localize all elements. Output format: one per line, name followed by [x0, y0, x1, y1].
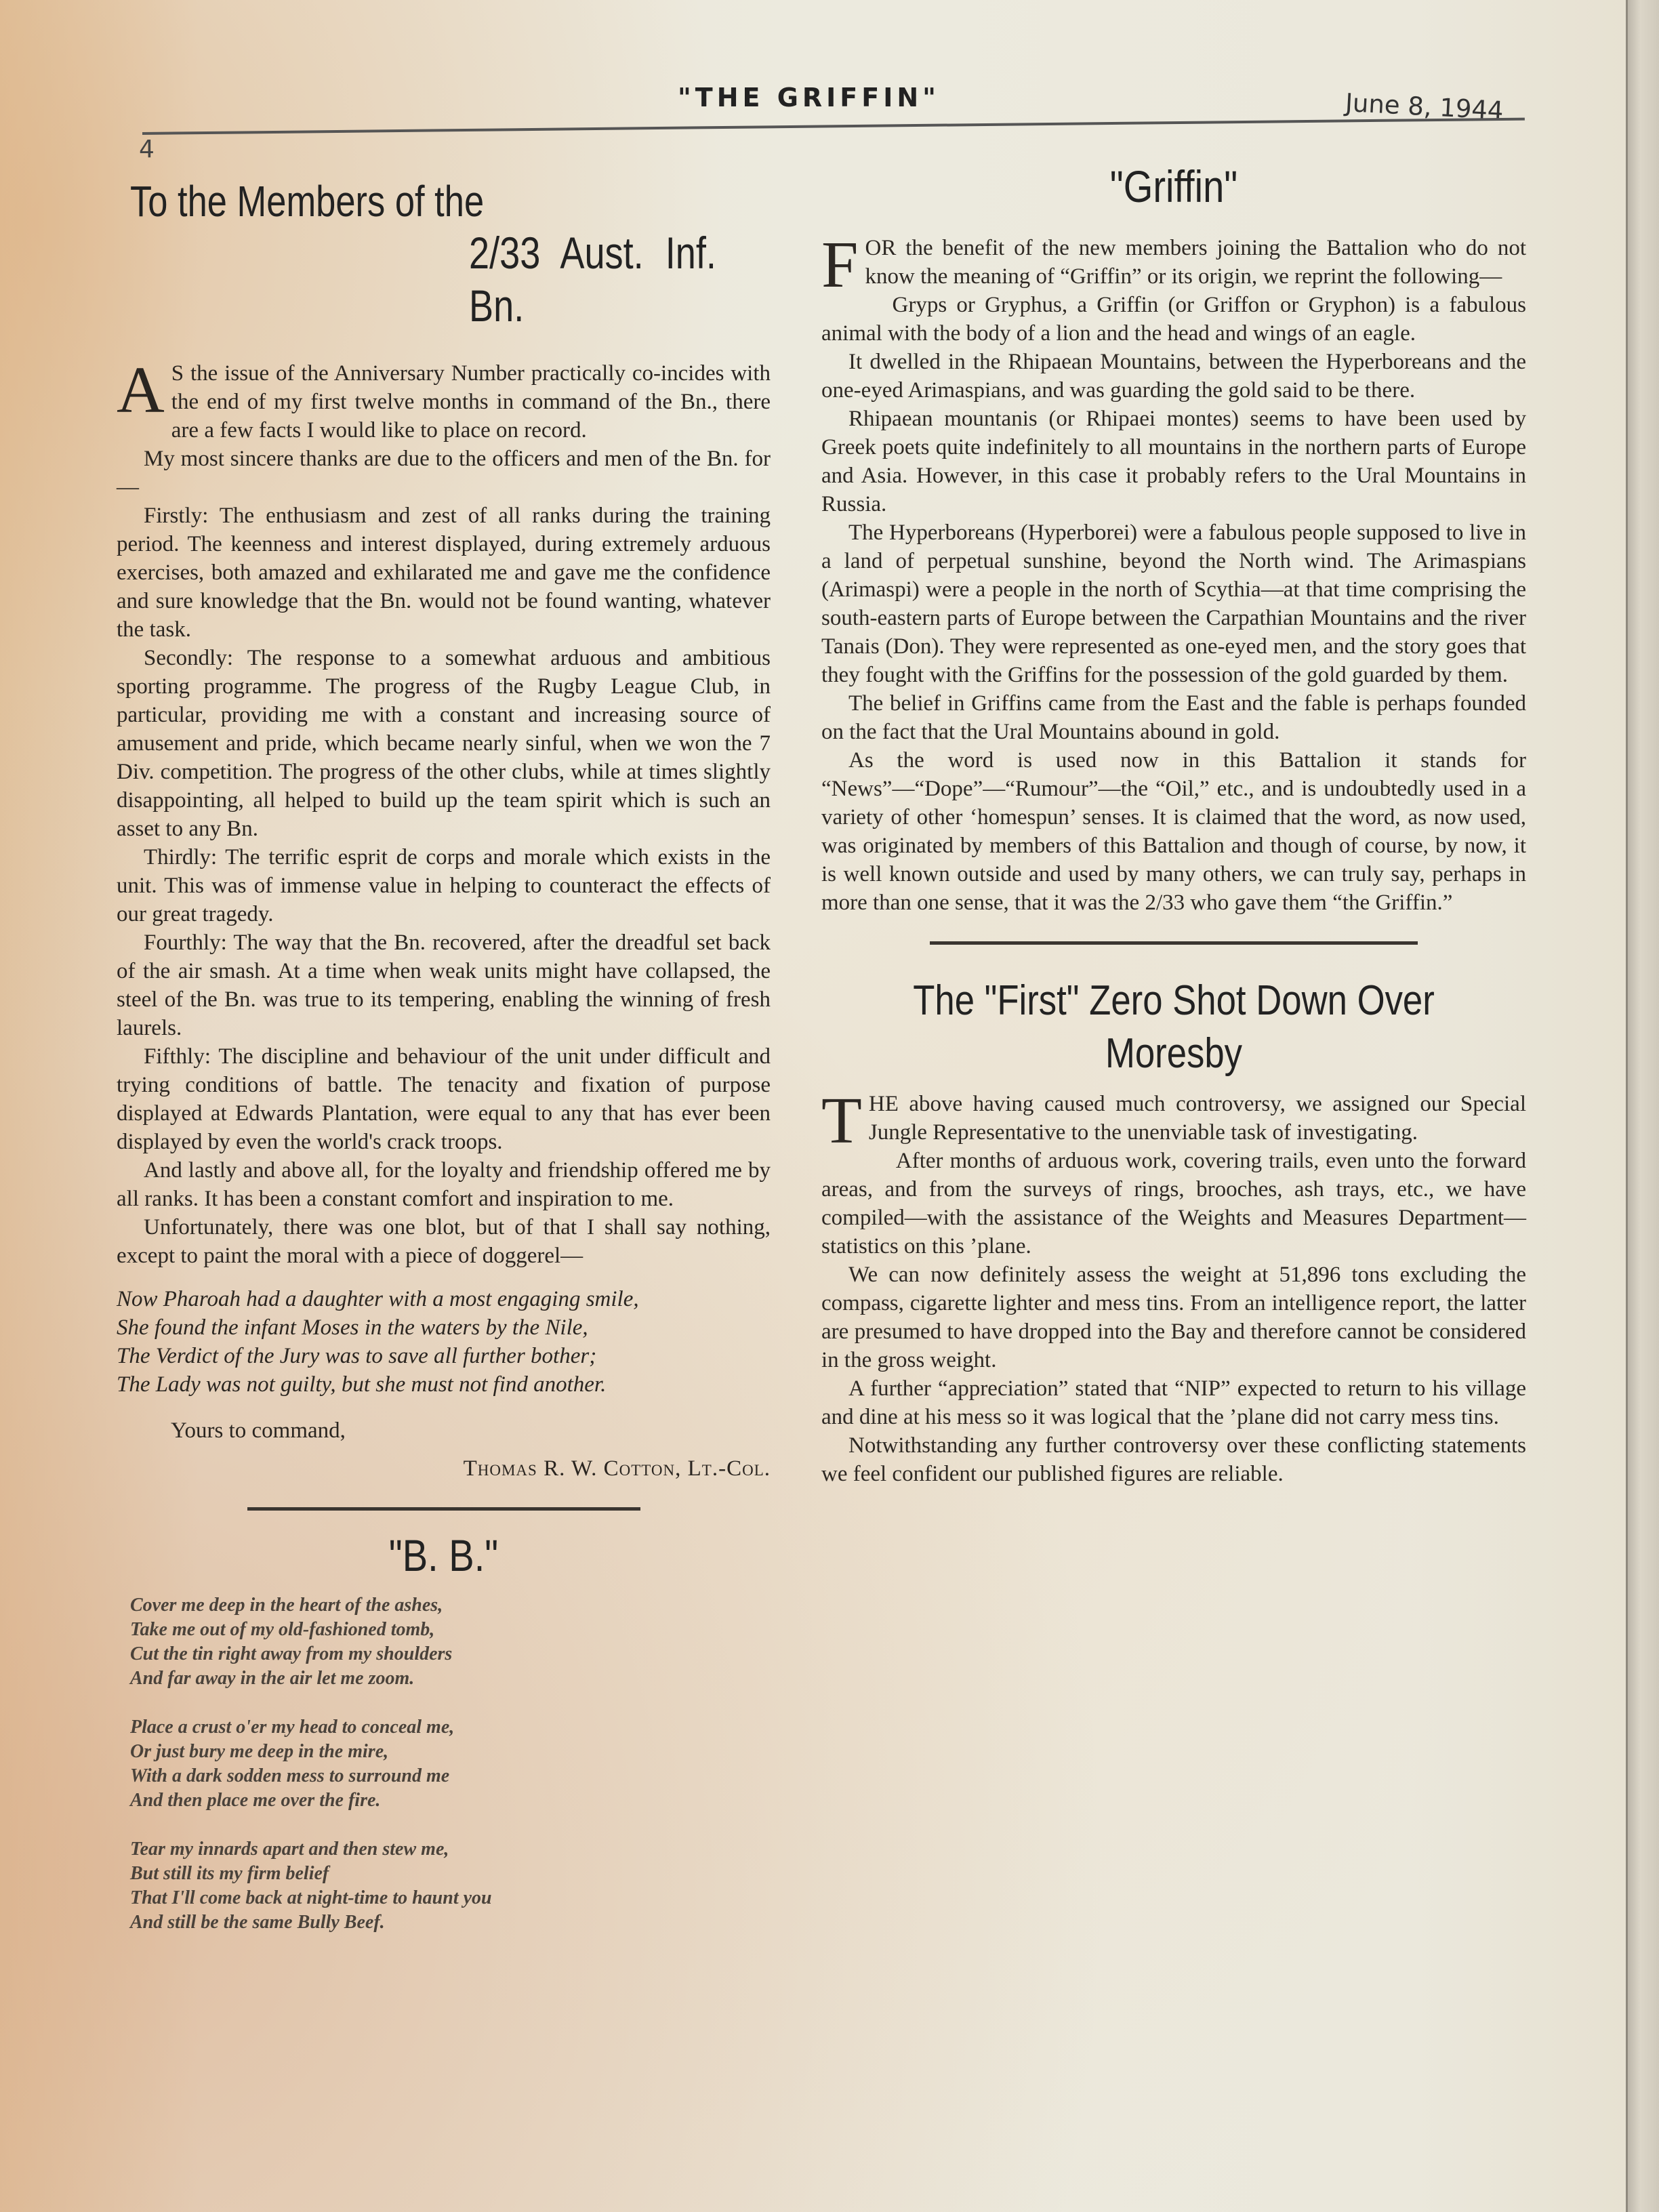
poem-stanza: Cover me deep in the heart of the ashes,…	[130, 1593, 771, 1691]
poem-stanza: Tear my innards apart and then stew me, …	[130, 1837, 771, 1935]
verse-line: The Verdict of the Jury was to save all …	[117, 1342, 771, 1370]
bb-poem-title: "B. B."	[165, 1528, 721, 1582]
letter-signature: Thomas R. W. Cotton, Lt.-Col.	[117, 1454, 771, 1483]
newspaper-page: 4 "THE GRIFFIN" June 8, 1944 To the Memb…	[0, 0, 1659, 2212]
right-column: "Griffin" FOR the benefit of the new mem…	[821, 159, 1526, 1488]
poem-line: Cover me deep in the heart of the ashes,	[130, 1593, 771, 1618]
zero-article-title: The "First" Zero Shot Down Over Moresby	[874, 975, 1473, 1080]
griffin-paragraph: The Hyperboreans (Hyperborei) were a fab…	[821, 518, 1526, 689]
poem-line: Or just bury me deep in the mire,	[130, 1740, 771, 1764]
page-binding-edge	[1626, 0, 1659, 2212]
letter-paragraph: AS the issue of the Anniversary Number p…	[117, 359, 771, 445]
griffin-article-title: "Griffin"	[874, 159, 1473, 213]
zero-paragraph: THE above having caused much controversy…	[821, 1090, 1526, 1147]
letter-signoff: Yours to command,	[171, 1416, 771, 1445]
poem-line: Take me out of my old-fashioned tomb,	[130, 1618, 771, 1642]
zero-paragraph: We can now definitely assess the weight …	[821, 1261, 1526, 1374]
letter-heading-line1: To the Members of the	[130, 176, 655, 226]
dropcap: A	[117, 363, 165, 417]
poem-line: And far away in the air let me zoom.	[130, 1666, 771, 1691]
doggerel-verse: Now Pharoah had a daughter with a most e…	[117, 1285, 771, 1399]
poem-line: Tear my innards apart and then stew me,	[130, 1837, 771, 1862]
griffin-paragraph: As the word is used now in this Battalio…	[821, 746, 1526, 917]
letter-paragraph: And lastly and above all, for the loyalt…	[117, 1156, 771, 1213]
dropcap: T	[821, 1094, 862, 1148]
letter-paragraph: Firstly: The enthusiasm and zest of all …	[117, 501, 771, 644]
verse-line: Now Pharoah had a daughter with a most e…	[117, 1285, 771, 1313]
letter-paragraph: Thirdly: The terrific esprit de corps an…	[117, 843, 771, 928]
letter-paragraph: Unfortunately, there was one blot, but o…	[117, 1213, 771, 1270]
letter-paragraph: Fifthly: The discipline and behaviour of…	[117, 1042, 771, 1156]
zero-paragraph: Notwithstanding any further controversy …	[821, 1431, 1526, 1488]
poem-line: With a dark sodden mess to surround me	[130, 1764, 771, 1788]
bb-poem: Cover me deep in the heart of the ashes,…	[130, 1593, 771, 1935]
poem-line: And then place me over the fire.	[130, 1788, 771, 1813]
left-column: To the Members of the 2/33 Aust. Inf. Bn…	[117, 176, 771, 1959]
page-number: 4	[139, 136, 155, 163]
zero-paragraph: After months of arduous work, covering t…	[821, 1147, 1526, 1261]
griffin-paragraph: Gryps or Gryphus, a Griffin (or Griffon …	[821, 291, 1526, 348]
letter-body: AS the issue of the Anniversary Number p…	[117, 359, 771, 1483]
verse-line: The Lady was not guilty, but she must no…	[117, 1370, 771, 1399]
zero-paragraph: A further “appreciation” stated that “NI…	[821, 1374, 1526, 1431]
griffin-paragraph: FOR the benefit of the new members joini…	[821, 234, 1526, 291]
letter-heading-line2: 2/33 Aust. Inf. Bn.	[469, 226, 716, 332]
griffin-paragraph: It dwelled in the Rhipaean Mountains, be…	[821, 348, 1526, 405]
poem-line: But still its my firm belief	[130, 1862, 771, 1886]
poem-stanza: Place a crust o'er my head to conceal me…	[130, 1715, 771, 1813]
poem-line: Cut the tin right away from my shoulders	[130, 1642, 771, 1666]
letter-paragraph: Fourthly: The way that the Bn. recovered…	[117, 928, 771, 1042]
dropcap: F	[821, 238, 859, 292]
letter-paragraph: My most sincere thanks are due to the of…	[117, 445, 771, 501]
section-divider	[247, 1507, 640, 1511]
poem-line: That I'll come back at night-time to hau…	[130, 1886, 771, 1910]
griffin-paragraph: The belief in Griffins came from the Eas…	[821, 689, 1526, 746]
header-rule	[142, 118, 1525, 135]
section-divider	[930, 941, 1418, 945]
verse-line: She found the infant Moses in the waters…	[117, 1313, 771, 1342]
griffin-paragraph: Rhipaean mountanis (or Rhipaei montes) s…	[821, 405, 1526, 518]
paper-title: "THE GRIFFIN"	[678, 83, 940, 112]
poem-line: And still be the same Bully Beef.	[130, 1910, 771, 1935]
poem-line: Place a crust o'er my head to conceal me…	[130, 1715, 771, 1740]
running-header: 4 "THE GRIFFIN" June 8, 1944	[0, 68, 1659, 149]
letter-paragraph: Secondly: The response to a somewhat ard…	[117, 644, 771, 843]
